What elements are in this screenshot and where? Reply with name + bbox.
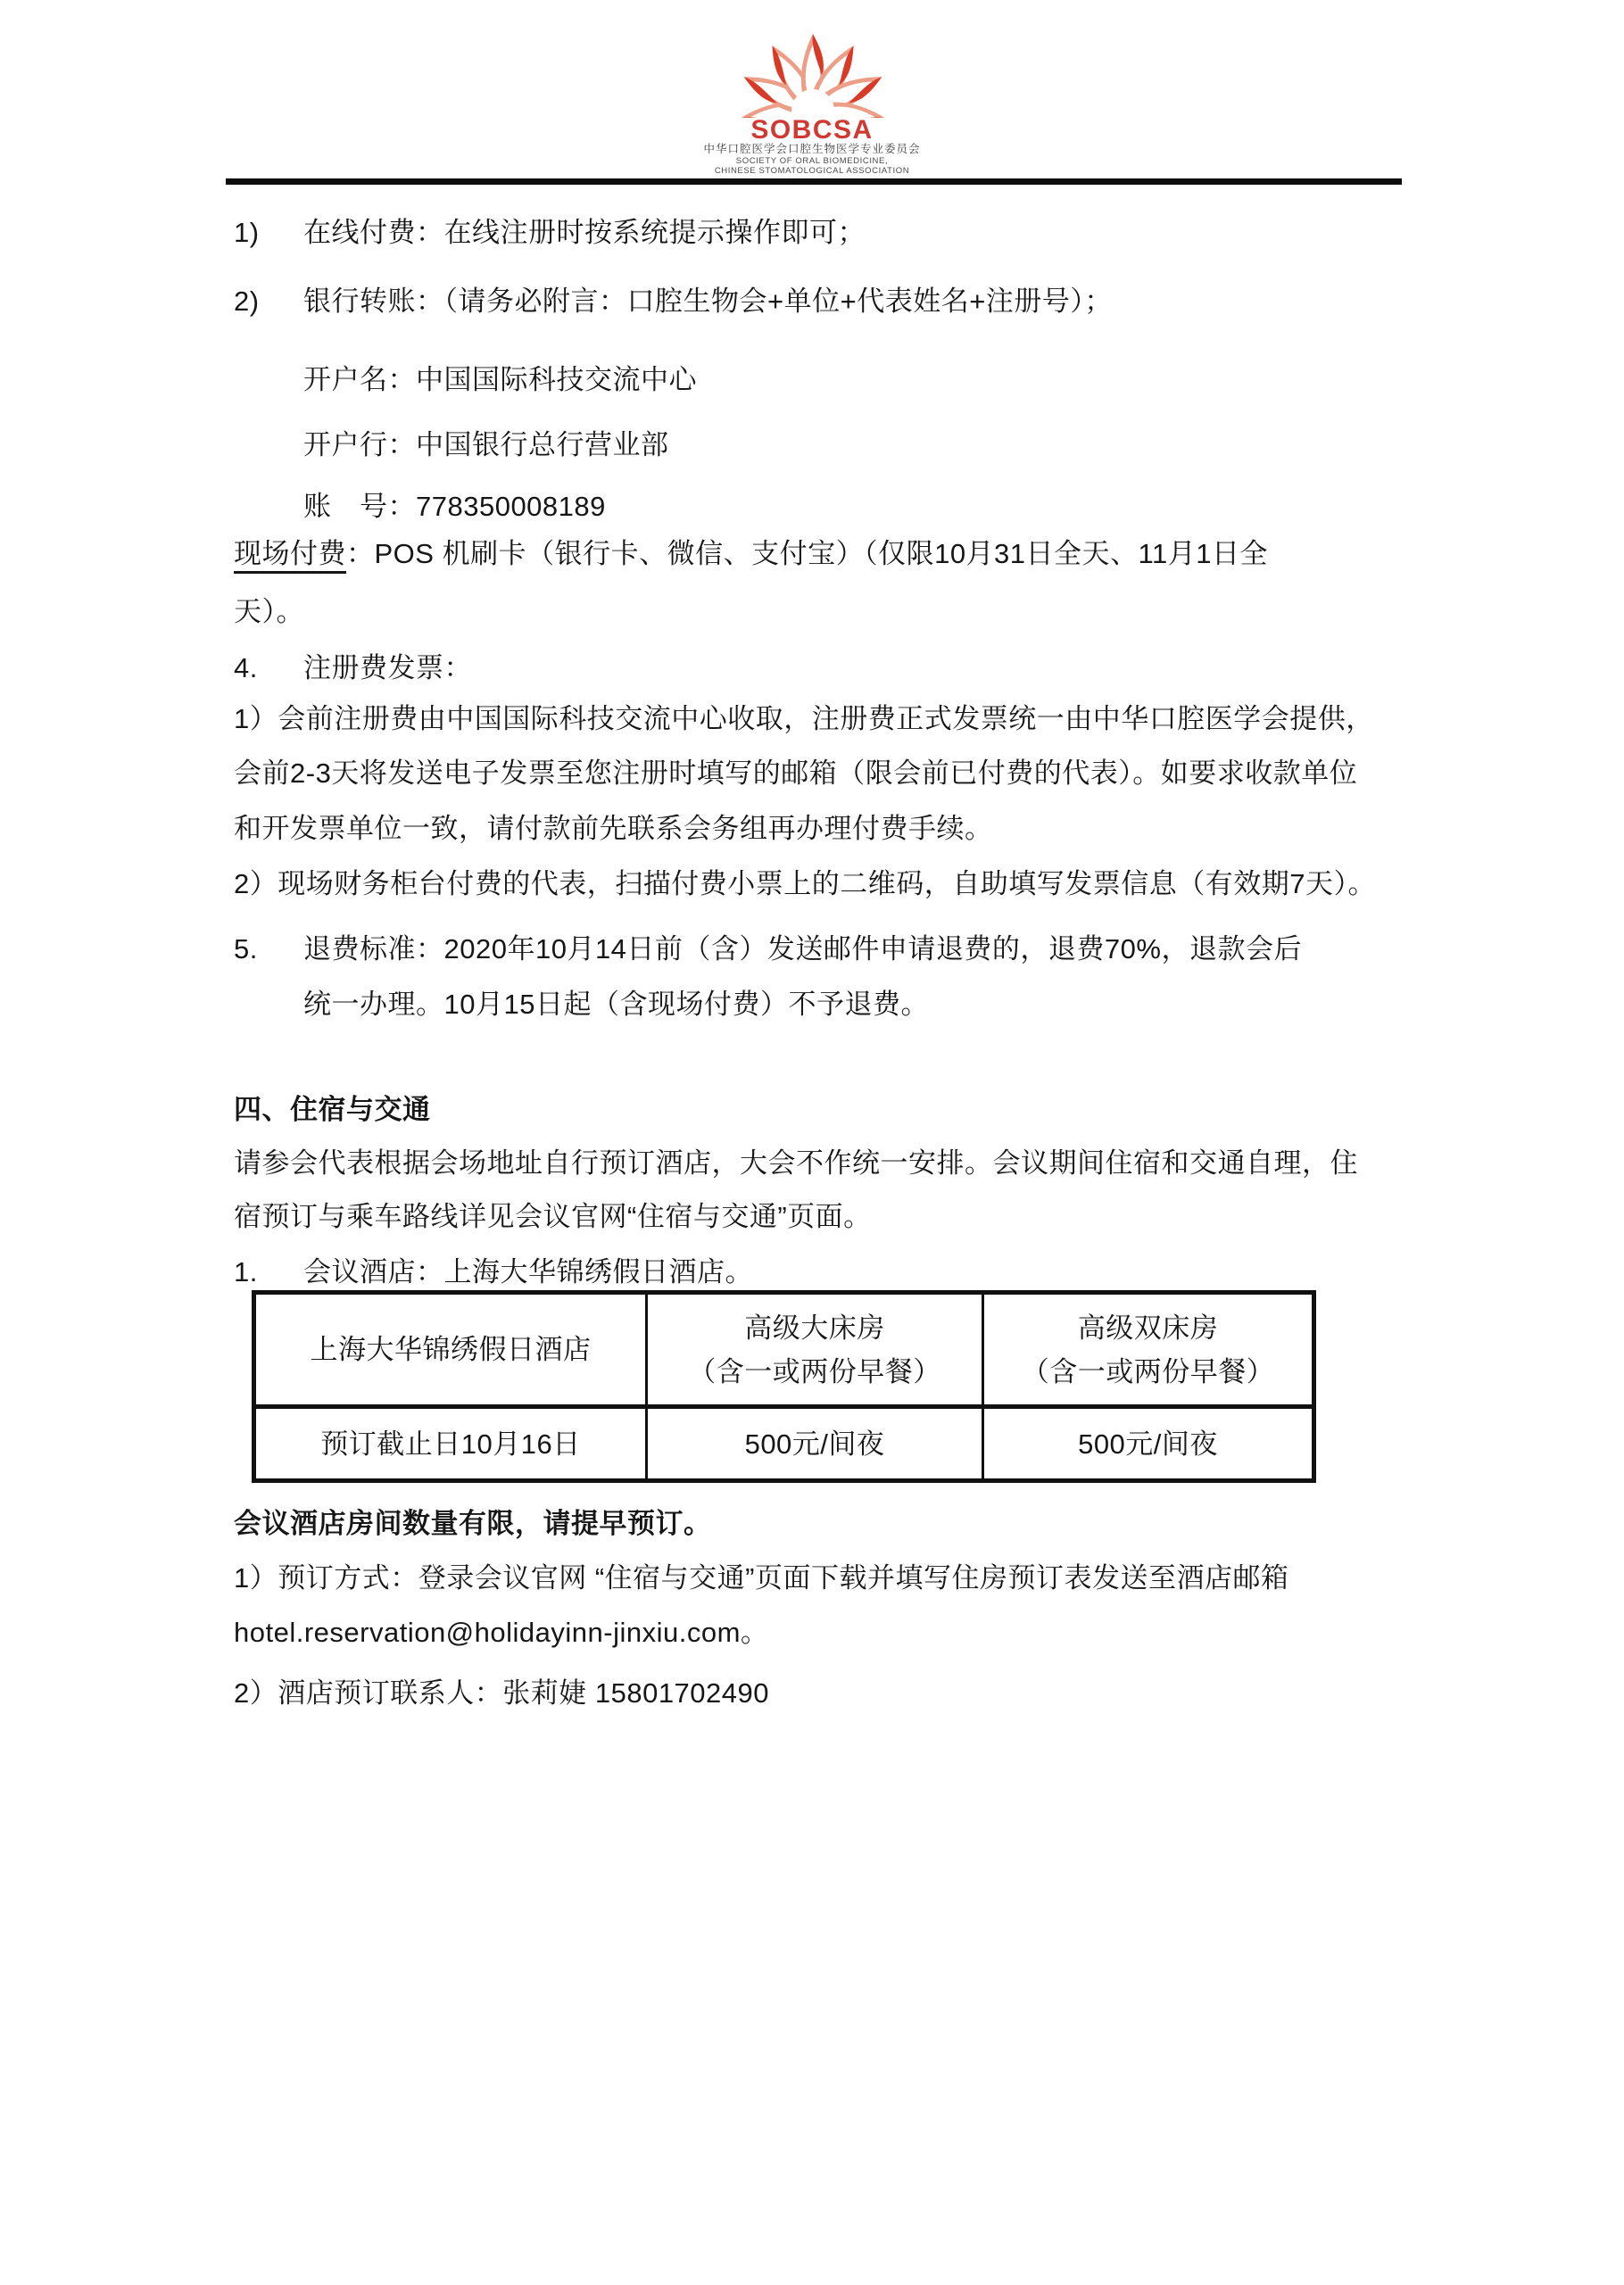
item-text: 退费标准：2020年10月14日前（含）发送邮件申请退费的，退费70%，退款会后 bbox=[303, 933, 1302, 965]
bank-account-name: 开户名：中国国际科技交流中心 bbox=[303, 366, 697, 393]
item-number: 2) bbox=[234, 287, 303, 315]
accommodation-intro-line2: 宿预订与乘车路线详见会议官网“住宿与交通”页面。 bbox=[234, 1203, 872, 1230]
logo-caption-en2: CHINESE STOMATOLOGICAL ASSOCIATION bbox=[0, 167, 1624, 176]
table-cell-twin-room-header: 高级双床房 （含一或两份早餐） bbox=[982, 1295, 1312, 1404]
onsite-payment-label: 现场付费 bbox=[234, 538, 346, 569]
item-text: 银行转账：（请务必附言：口腔生物会+单位+代表姓名+注册号）； bbox=[303, 286, 1113, 317]
item-text: 在线付费：在线注册时按系统提示操作即可； bbox=[303, 217, 866, 248]
refund-line2: 统一办理。10月15日起（含现场付费）不予退费。 bbox=[303, 990, 929, 1018]
table-cell-twin-room-rate: 500元/间夜 bbox=[982, 1404, 1312, 1478]
hotel-note: 会议酒店房间数量有限，请提早预订。 bbox=[234, 1510, 712, 1537]
table-cell-hotel-name: 上海大华锦绣假日酒店 bbox=[256, 1295, 645, 1404]
table-cell-king-room-header: 高级大床房 （含一或两份早餐） bbox=[645, 1295, 982, 1404]
bank-branch: 开户行：中国银行总行营业部 bbox=[303, 431, 669, 459]
bank-account-number: 账 号：778350008189 bbox=[303, 493, 606, 520]
hotel-rate-table: 上海大华锦绣假日酒店 高级大床房 （含一或两份早餐） 高级双床房 （含一或两份早… bbox=[252, 1290, 1316, 1483]
onsite-payment-text: ：POS 机刷卡（银行卡、微信、支付宝）（仅限10月31日全天、11月1日全 bbox=[346, 538, 1268, 569]
lotus-logo-icon bbox=[724, 16, 902, 118]
booking-email: hotel.reservation@holidayinn-jinxiu.com。 bbox=[234, 1619, 768, 1646]
item-number: 1. bbox=[234, 1258, 303, 1286]
invoice-para1-line2: 会前2-3天将发送电子发票至您注册时填写的邮箱（限会前已付费的代表）。如要求收款… bbox=[234, 759, 1357, 787]
section-heading-accommodation: 四、住宿与交通 bbox=[234, 1096, 431, 1123]
item-number: 4. bbox=[234, 654, 303, 682]
header-divider bbox=[226, 178, 1402, 185]
item-text: 会议酒店：上海大华锦绣假日酒店。 bbox=[303, 1256, 753, 1287]
item-number: 1) bbox=[234, 219, 303, 246]
list-item-refund: 5.退费标准：2020年10月14日前（含）发送邮件申请退费的，退费70%，退款… bbox=[234, 935, 1302, 963]
list-item-bank-transfer: 2)银行转账：（请务必附言：口腔生物会+单位+代表姓名+注册号）； bbox=[234, 287, 1113, 315]
item-number: 5. bbox=[234, 935, 303, 963]
invoice-para1-line3: 和开发票单位一致，请付款前先联系会务组再办理付费手续。 bbox=[234, 815, 993, 842]
list-item-invoice: 4.注册费发票： bbox=[234, 654, 472, 682]
invoice-para1-line1: 1）会前注册费由中国国际科技交流中心收取，注册费正式发票统一由中华口腔医学会提供… bbox=[234, 705, 1374, 733]
item-text: 注册费发票： bbox=[303, 652, 472, 683]
logo-caption-cn: 中华口腔医学会口腔生物医学专业委员会 bbox=[0, 144, 1624, 155]
logo-title: SOBCSA bbox=[0, 117, 1624, 144]
invoice-para2: 2）现场财务柜台付费的代表，扫描付费小票上的二维码，自助填写发票信息（有效期7天… bbox=[234, 870, 1376, 898]
document-page: SOBCSA 中华口腔医学会口腔生物医学专业委员会 SOCIETY OF ORA… bbox=[0, 0, 1624, 2285]
accommodation-intro-line1: 请参会代表根据会场地址自行预订酒店，大会不作统一安排。会议期间住宿和交通自理，住 bbox=[234, 1149, 1358, 1177]
onsite-payment-line2: 天）。 bbox=[234, 598, 304, 625]
booking-contact: 2）酒店预订联系人：张莉婕 15801702490 bbox=[234, 1679, 769, 1707]
list-item-conference-hotel: 1.会议酒店：上海大华锦绣假日酒店。 bbox=[234, 1258, 753, 1286]
table-cell-deadline: 预订截止日10月16日 bbox=[256, 1404, 645, 1478]
onsite-payment-line1: 现场付费：POS 机刷卡（银行卡、微信、支付宝）（仅限10月31日全天、11月1… bbox=[234, 540, 1268, 567]
booking-method-line1: 1）预订方式：登录会议官网 “住宿与交通”页面下载并填写住房预订表发送至酒店邮箱 bbox=[234, 1564, 1289, 1592]
list-item-online-payment: 1)在线付费：在线注册时按系统提示操作即可； bbox=[234, 219, 866, 246]
logo-caption-en1: SOCIETY OF ORAL BIOMEDICINE, bbox=[0, 157, 1624, 166]
table-cell-king-room-rate: 500元/间夜 bbox=[645, 1404, 982, 1478]
